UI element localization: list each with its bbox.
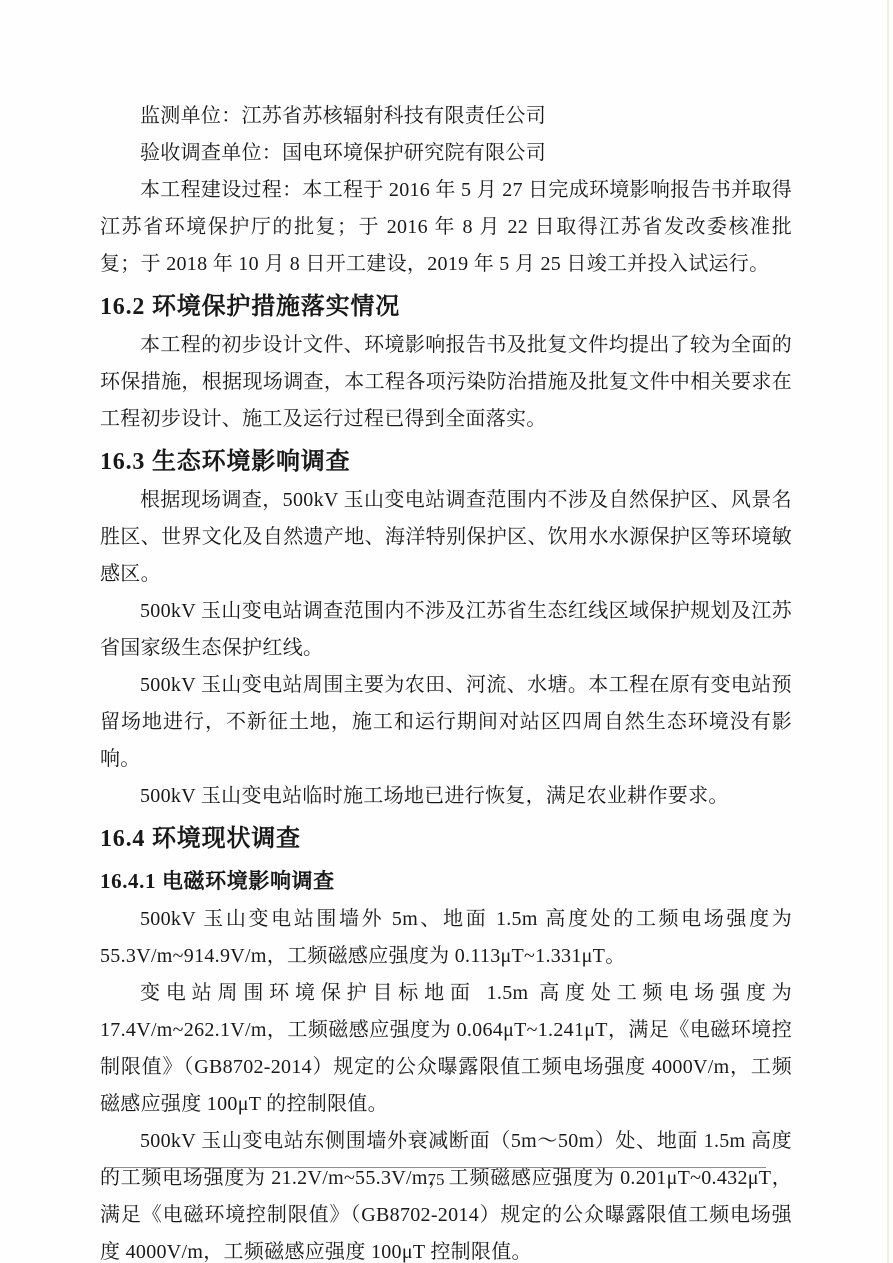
heading-16-2-environmental-measures: 16.2 环境保护措施落实情况 (100, 290, 792, 324)
document-page: 监测单位：江苏省苏核辐射科技有限责任公司 验收调查单位：国电环境保护研究院有限公… (0, 0, 893, 1263)
heading-16-3-ecological-impact-survey: 16.3 生态环境影响调查 (100, 445, 792, 479)
heading-16-4-1-electromagnetic-survey: 16.4.1 电磁环境影响调查 (100, 866, 792, 897)
paragraph-monitoring-unit: 监测单位：江苏省苏核辐射科技有限责任公司 (100, 98, 792, 135)
page-footer: 75 (106, 1167, 766, 1190)
paragraph-em-attenuation-section: 500kV 玉山变电站东侧围墙外衰减断面（5m～50m）处、地面 1.5m 高度… (100, 1123, 792, 1263)
page-number: 75 (428, 1170, 445, 1190)
scan-edge-artifact (887, 0, 889, 1263)
paragraph-construction-process: 本工程建设过程：本工程于 2016 年 5 月 27 日完成环境影响报告书并取得… (100, 172, 792, 283)
paragraph-acceptance-survey-unit: 验收调查单位：国电环境保护研究院有限公司 (100, 135, 792, 172)
paragraph-temporary-site-recovery: 500kV 玉山变电站临时施工场地已进行恢复，满足农业耕作要求。 (100, 778, 792, 815)
paragraph-eco-sensitive-areas: 根据现场调查，500kV 玉山变电站调查范围内不涉及自然保护区、风景名胜区、世界… (100, 482, 792, 593)
paragraph-station-surroundings: 500kV 玉山变电站周围主要为农田、河流、水塘。本工程在原有变电站预留场地进行… (100, 667, 792, 778)
heading-16-4-environment-status-survey: 16.4 环境现状调查 (100, 822, 792, 856)
paragraph-em-protection-targets: 变电站周围环境保护目标地面 1.5m 高度处工频电场强度为 17.4V/m~26… (100, 975, 792, 1123)
paragraph-measures-implementation: 本工程的初步设计文件、环境影响报告书及批复文件均提出了较为全面的环保措施，根据现… (100, 327, 792, 438)
paragraph-em-field-outside-wall: 500kV 玉山变电站围墙外 5m、地面 1.5m 高度处的工频电场强度为 55… (100, 901, 792, 975)
paragraph-eco-redline: 500kV 玉山变电站调查范围内不涉及江苏省生态红线区域保护规划及江苏省国家级生… (100, 593, 792, 667)
document-content: 监测单位：江苏省苏核辐射科技有限责任公司 验收调查单位：国电环境保护研究院有限公… (100, 98, 792, 1263)
